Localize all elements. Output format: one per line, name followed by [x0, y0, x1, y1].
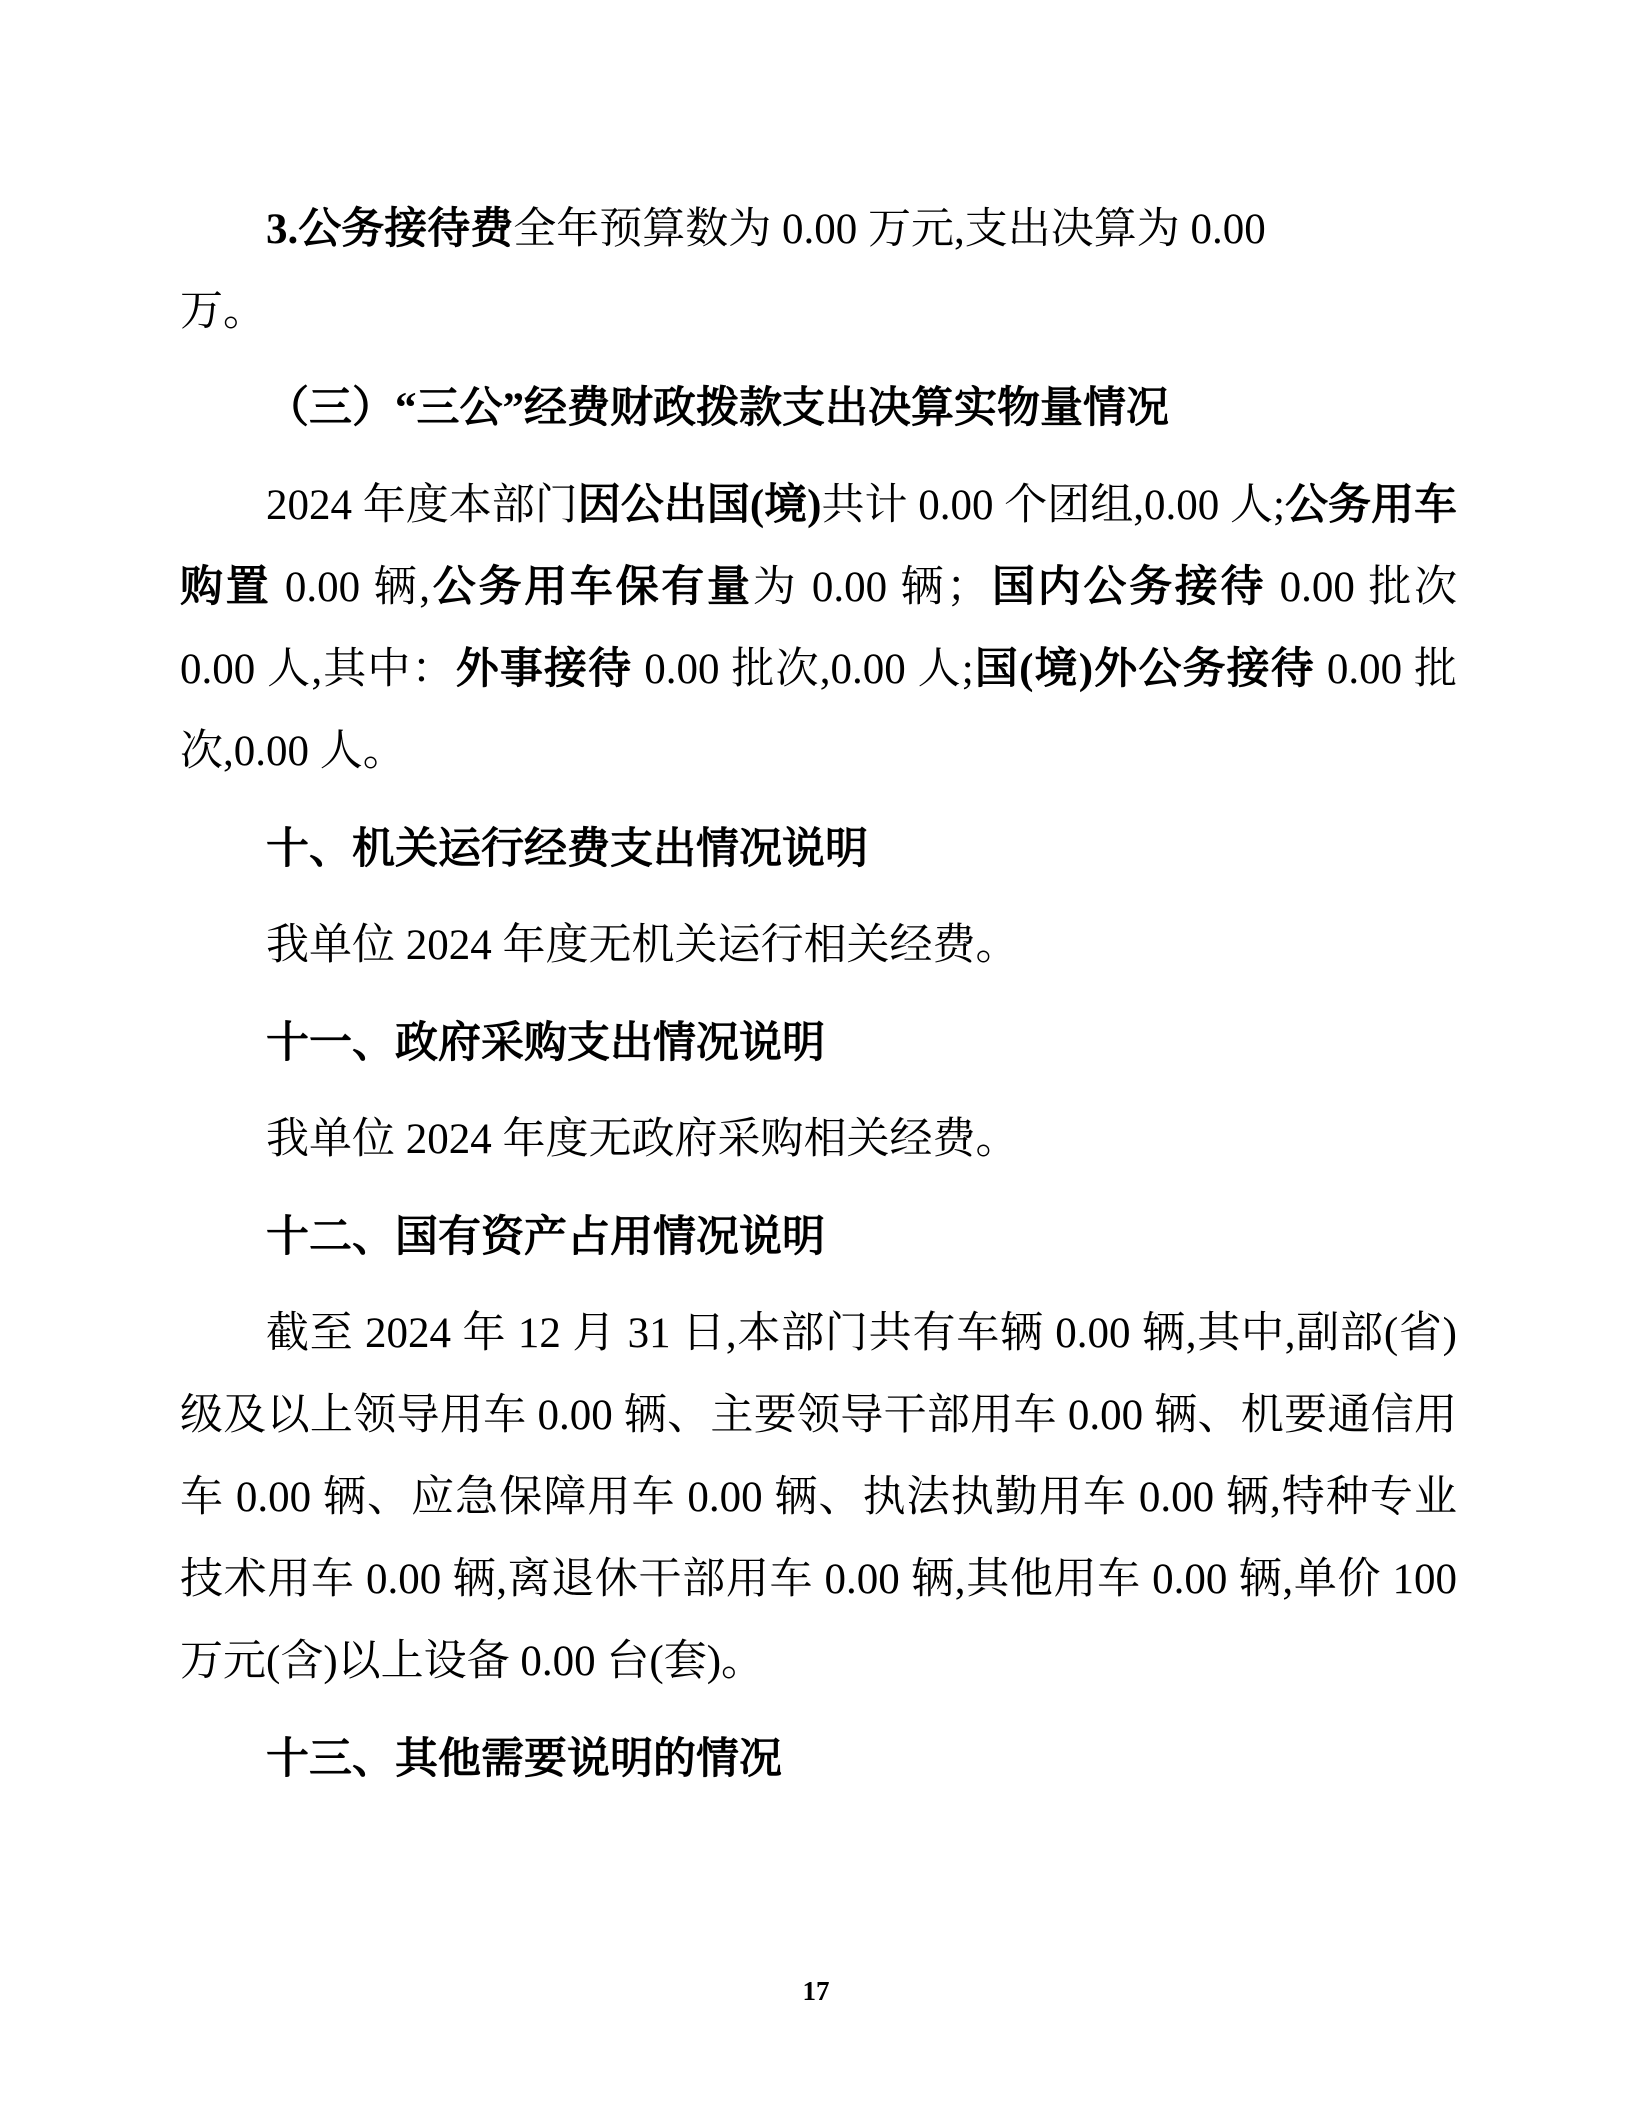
- body-text: 全年预算数为 0.00 万元,支出决算为 0.00: [513, 206, 1266, 253]
- body-text: 共计 0.00 个团组,0.00 人;: [821, 482, 1285, 529]
- body-text: 我单位 2024 年度无政府采购相关经费。: [266, 1116, 1019, 1163]
- emphasis-text: （三）“三公”经费财政拨款支出决算实物量情况: [266, 385, 1169, 432]
- emphasis-text: 外事接待: [456, 646, 633, 693]
- emphasis-text: 国内公务接待: [989, 564, 1266, 611]
- emphasis-text: 十、机关运行经费支出情况说明: [266, 825, 868, 873]
- body-text: 截至 2024 年 12 月 31 日,本部门共有车辆 0.00 辆,其中,副部…: [180, 1310, 1457, 1685]
- body-text: 万。: [180, 288, 266, 335]
- para-official-reception-fee: 3.公务接待费全年预算数为 0.00 万元,支出决算为 0.00万。: [180, 189, 1457, 353]
- heading-section-11-government-procurement: 十一、政府采购支出情况说明: [180, 1002, 1457, 1084]
- emphasis-text: 3.公务接待费: [266, 206, 513, 253]
- emphasis-text: 十三、其他需要说明的情况: [266, 1735, 782, 1783]
- emphasis-text: 因公出国(境): [578, 482, 822, 529]
- para-section-10-body: 我单位 2024 年度无机关运行相关经费。: [180, 905, 1457, 987]
- emphasis-text: 十二、国有资产占用情况说明: [266, 1213, 825, 1261]
- heading-section-12-state-owned-assets: 十二、国有资产占用情况说明: [180, 1196, 1457, 1278]
- document-body: 3.公务接待费全年预算数为 0.00 万元,支出决算为 0.00万。（三）“三公…: [180, 174, 1457, 1815]
- emphasis-text: 国(境)外公务接待: [974, 646, 1315, 693]
- emphasis-text: 十一、政府采购支出情况说明: [266, 1019, 825, 1067]
- body-text: 2024 年度本部门: [266, 482, 578, 529]
- body-text: 为 0.00 辆；: [753, 564, 990, 611]
- heading-three-public-expenses-physical-quantity: （三）“三公”经费财政拨款支出决算实物量情况: [180, 368, 1457, 450]
- para-section-12-body: 截至 2024 年 12 月 31 日,本部门共有车辆 0.00 辆,其中,副部…: [180, 1293, 1457, 1703]
- heading-section-13-other-matters: 十三、其他需要说明的情况: [180, 1718, 1457, 1800]
- body-text: 0.00 辆,: [271, 564, 430, 611]
- para-section-11-body: 我单位 2024 年度无政府采购相关经费。: [180, 1099, 1457, 1181]
- para-three-public-expenses-details: 2024 年度本部门因公出国(境)共计 0.00 个团组,0.00 人;公务用车…: [180, 465, 1457, 793]
- heading-section-10-agency-operating-funds: 十、机关运行经费支出情况说明: [180, 808, 1457, 890]
- emphasis-text: 公务用车保有量: [430, 564, 753, 611]
- body-text: 我单位 2024 年度无机关运行相关经费。: [266, 922, 1019, 969]
- page-number: 17: [0, 1976, 1632, 2007]
- body-text: 0.00 批次,0.00 人;: [632, 646, 973, 693]
